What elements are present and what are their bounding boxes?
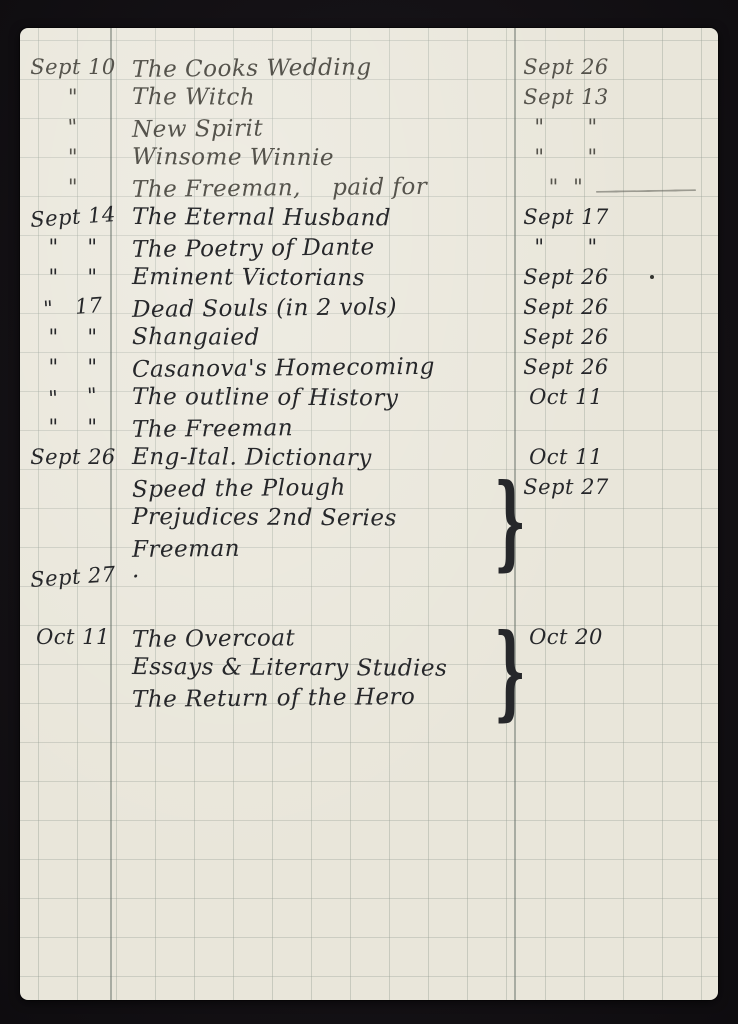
borrow-date: Sept 27 <box>21 561 124 592</box>
borrow-date: " " <box>22 265 124 289</box>
book-title: The Poetry of Dante <box>132 233 502 263</box>
ledger-row: " "Casanova's HomecomingSept 26 <box>20 355 718 385</box>
ledger-row: "Winsome Winnie" " <box>20 145 718 175</box>
book-title: Speed the Plough <box>132 473 502 503</box>
return-date: Sept 26 <box>488 295 644 319</box>
book-title: The Overcoat <box>132 623 502 653</box>
ledger-row: The Return of the Hero <box>20 685 718 715</box>
ledger-row: Freeman <box>20 535 718 565</box>
book-title: Essays & Literary Studies <box>132 654 502 682</box>
ledger-row: Speed the PloughSept 27 <box>20 475 718 505</box>
ledger-row: " "The Freeman <box>20 415 718 445</box>
library-lending-card: Sept 10The Cooks WeddingSept 26"The Witc… <box>20 28 718 1000</box>
ledger-row: Essays & Literary Studies <box>20 655 718 685</box>
return-date: " " <box>488 115 644 139</box>
borrow-date: " <box>22 85 124 109</box>
ledger-row: " "The outline of HistoryOct 11 <box>20 385 718 415</box>
return-date: " " <box>488 235 644 259</box>
ledger-row: "The Freeman, paid for" " <box>20 175 718 205</box>
return-date: Sept 26 <box>488 355 644 379</box>
book-title: · <box>132 564 502 592</box>
borrow-date: Sept 14 <box>21 201 124 232</box>
book-title: The Freeman <box>132 413 502 443</box>
book-title: The Eternal Husband <box>132 204 502 232</box>
borrow-date: Sept 10 <box>22 55 124 79</box>
return-date: Sept 26 <box>488 265 644 289</box>
book-title: The Freeman, paid for <box>132 173 502 203</box>
ledger-row: " "ShangaiedSept 26 <box>20 325 718 355</box>
return-date: " " <box>488 175 644 199</box>
book-title: The Return of the Hero <box>132 683 502 713</box>
borrow-date: " 17 <box>21 291 124 322</box>
ledger-row: "New Spirit" " <box>20 115 718 145</box>
ledger-row: "The WitchSept 13 <box>20 85 718 115</box>
book-title: Casanova's Homecoming <box>132 353 502 383</box>
return-date: Sept 17 <box>488 205 644 229</box>
ledger-row: Prejudices 2nd Series <box>20 505 718 535</box>
borrow-date: " " <box>22 355 124 379</box>
borrow-date: " <box>22 175 124 199</box>
book-title: Prejudices 2nd Series <box>132 504 502 532</box>
ledger-row: Sept 14The Eternal HusbandSept 17 <box>20 205 718 235</box>
book-title: The Witch <box>132 84 502 112</box>
ledger-row: Oct 11The OvercoatOct 20 <box>20 625 718 655</box>
pencil-dash <box>596 189 696 193</box>
book-title: Eng-Ital. Dictionary <box>132 444 502 472</box>
return-date: " " <box>488 145 644 169</box>
borrow-date: Sept 26 <box>22 445 124 469</box>
borrow-date: " <box>21 111 124 142</box>
book-title: The Cooks Wedding <box>132 53 502 83</box>
ledger-rows: Sept 10The Cooks WeddingSept 26"The Witc… <box>20 28 718 1000</box>
book-title: Shangaied <box>132 324 502 352</box>
return-date: Oct 11 <box>488 385 644 409</box>
ink-dot <box>650 275 654 279</box>
ledger-row: " 17Dead Souls (in 2 vols)Sept 26 <box>20 295 718 325</box>
grouping-brace: } <box>494 470 514 572</box>
borrow-date: " <box>22 145 124 169</box>
ledger-row: Sept 27· <box>20 565 718 595</box>
return-date: Sept 13 <box>488 85 644 109</box>
ledger-row: " "The Poetry of Dante" " <box>20 235 718 265</box>
book-title: The outline of History <box>132 384 502 412</box>
book-title: Eminent Victorians <box>132 264 502 292</box>
borrow-date: " " <box>22 325 124 349</box>
return-date: Sept 26 <box>488 325 644 349</box>
book-title: Dead Souls (in 2 vols) <box>132 293 502 323</box>
borrow-date: Oct 11 <box>22 625 124 649</box>
grouping-brace: } <box>494 620 514 722</box>
borrow-date: " " <box>21 381 124 412</box>
return-date: Sept 26 <box>488 55 644 79</box>
ledger-row: Sept 10The Cooks WeddingSept 26 <box>20 55 718 85</box>
borrow-date: " " <box>22 235 124 259</box>
borrow-date: " " <box>22 415 124 439</box>
book-title: Winsome Winnie <box>132 144 502 172</box>
book-title: New Spirit <box>132 113 502 143</box>
ledger-row: " "Eminent VictoriansSept 26 <box>20 265 718 295</box>
book-title: Freeman <box>132 533 502 563</box>
ledger-row: Sept 26Eng-Ital. DictionaryOct 11 <box>20 445 718 475</box>
